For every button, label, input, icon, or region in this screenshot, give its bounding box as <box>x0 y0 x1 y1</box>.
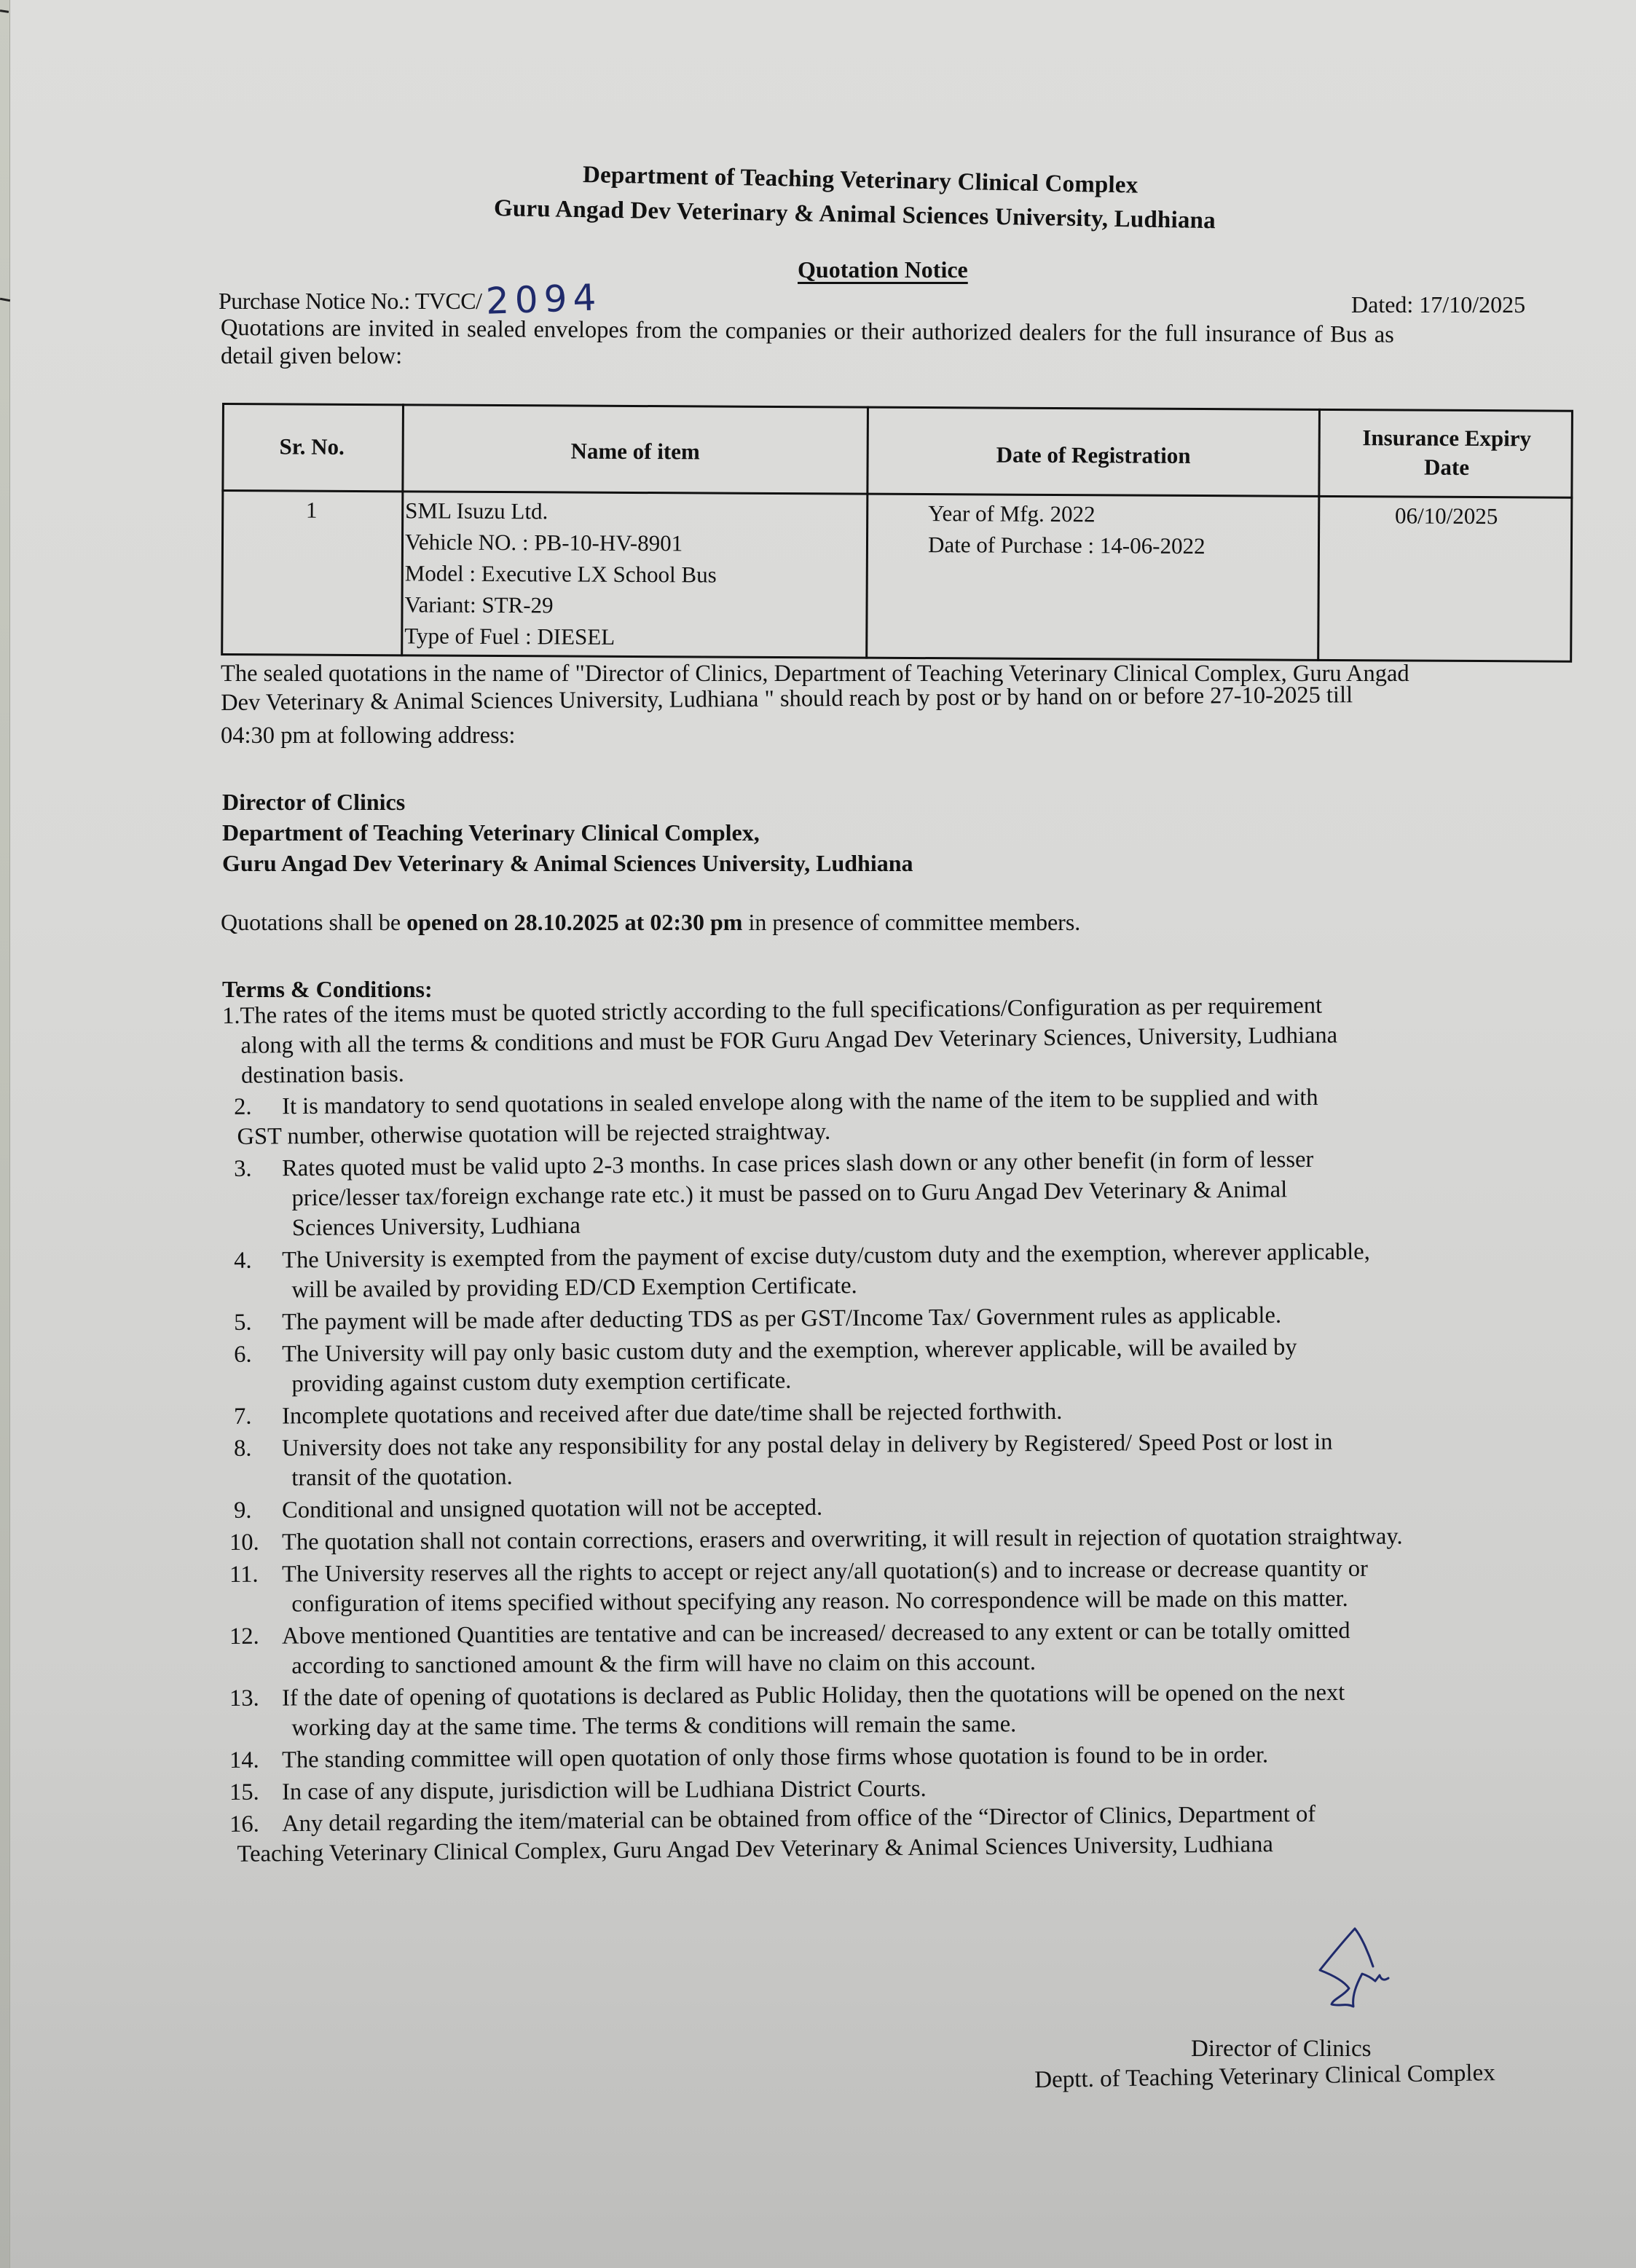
purchase-notice-label: Purchase Notice No.: TVCC/ <box>219 288 481 314</box>
term-text: In case of any dispute, jurisdiction wil… <box>282 1776 927 1806</box>
item-vehicle-no: Vehicle NO. : PB-10-HV-8901 <box>405 526 717 559</box>
opening-statement: Quotations shall be opened on 28.10.2025… <box>221 909 1080 936</box>
term-number: 16. <box>222 1809 282 1840</box>
notice-date: Dated: 17/10/2025 <box>1351 291 1525 318</box>
term-text: The payment will be made after deducting… <box>282 1302 1281 1336</box>
vehicle-table: Sr. No. Name of item Date of Registratio… <box>221 403 1573 663</box>
term-item: 13.If the date of opening of quotations … <box>222 1678 1345 1744</box>
term-line: 9.Conditional and unsigned quotation wil… <box>222 1493 822 1526</box>
terms-title: Terms & Conditions: <box>222 976 433 1003</box>
term-item: 2.It is mandatory to send quotations in … <box>222 1083 1318 1152</box>
term-item: 1.The rates of the items must be quoted … <box>222 991 1338 1091</box>
term-text: Sciences University, Ludhiana <box>292 1213 581 1241</box>
term-number: 4. <box>222 1245 282 1276</box>
term-item: 6.The University will pay only basic cus… <box>222 1333 1297 1400</box>
signature-icon <box>1304 1923 1420 2017</box>
term-item: 11.The University reserves all the right… <box>222 1554 1368 1620</box>
intro-text-line2: detail given below: <box>221 342 402 371</box>
term-number: 9. <box>222 1496 282 1526</box>
term-number: 14. <box>222 1746 282 1776</box>
term-text: providing against custom duty exemption … <box>291 1368 791 1398</box>
term-line: 10.The quotation shall not contain corre… <box>222 1522 1403 1558</box>
signatory-department: Deptt. of Teaching Veterinary Clinical C… <box>1034 2060 1495 2094</box>
table-header-sr-no: Sr. No. <box>222 430 402 462</box>
term-item: 7.Incomplete quotations and received aft… <box>222 1397 1062 1432</box>
term-text: Conditional and unsigned quotation will … <box>282 1495 822 1524</box>
signatory-title: Director of Clinics <box>1191 2036 1371 2063</box>
term-item: 10.The quotation shall not contain corre… <box>222 1522 1403 1558</box>
term-item: 14.The standing committee will open quot… <box>222 1740 1268 1776</box>
term-line: 12.Above mentioned Quantities are tentat… <box>222 1616 1350 1652</box>
term-line: configuration of items specified without… <box>222 1584 1368 1620</box>
term-number: 6. <box>222 1339 282 1370</box>
date-of-purchase: Date of Purchase : 14-06-2022 <box>928 529 1206 562</box>
document-page: Department of Teaching Veterinary Clinic… <box>0 0 1636 2268</box>
term-number: 5. <box>222 1307 282 1338</box>
term-item: 12.Above mentioned Quantities are tentat… <box>222 1616 1350 1682</box>
year-of-mfg: Year of Mfg. 2022 <box>928 497 1206 530</box>
row-insurance-expiry: 06/10/2025 <box>1320 500 1573 532</box>
item-manufacturer: SML Isuzu Ltd. <box>405 495 717 527</box>
item-variant: Variant: STR-29 <box>404 588 716 621</box>
table-header-insurance-expiry: Insurance Expiry Date <box>1320 423 1573 483</box>
item-fuel-type: Type of Fuel : DIESEL <box>404 620 716 653</box>
term-number: 12. <box>222 1622 282 1652</box>
term-number: 7. <box>222 1401 282 1432</box>
row-item-details: SML Isuzu Ltd. Vehicle NO. : PB-10-HV-89… <box>404 495 717 653</box>
term-number: 8. <box>222 1433 282 1464</box>
term-text: according to sanctioned amount & the fir… <box>291 1649 1036 1679</box>
term-text: working day at the same time. The terms … <box>291 1711 1016 1741</box>
opening-prefix: Quotations shall be <box>221 909 406 935</box>
term-item: 9.Conditional and unsigned quotation wil… <box>222 1493 822 1526</box>
term-text: configuration of items specified without… <box>291 1586 1348 1618</box>
term-line: 15.In case of any dispute, jurisdiction … <box>222 1774 927 1808</box>
opening-date-time: opened on 28.10.2025 at 02:30 pm <box>406 909 742 935</box>
term-text: Above mentioned Quantities are tentative… <box>282 1618 1350 1650</box>
term-text: The quotation shall not contain correcti… <box>282 1524 1403 1556</box>
header-university: Guru Angad Dev Veterinary & Animal Scien… <box>494 195 1216 235</box>
term-text: The University is exempted from the paym… <box>282 1239 1370 1274</box>
header-department: Department of Teaching Veterinary Clinic… <box>583 162 1138 200</box>
term-number: 2. <box>222 1092 282 1122</box>
term-number: 3. <box>222 1154 282 1184</box>
address-line3: Guru Angad Dev Veterinary & Animal Scien… <box>222 850 913 877</box>
term-text: will be availed by providing ED/CD Exemp… <box>291 1272 857 1303</box>
notice-title: Quotation Notice <box>798 256 968 283</box>
term-line: transit of the quotation. <box>222 1457 1333 1494</box>
opening-suffix: in presence of committee members. <box>742 909 1080 935</box>
term-text: If the date of opening of quotations is … <box>282 1680 1345 1712</box>
address-line1: Director of Clinics <box>222 789 405 816</box>
row-registration-details: Year of Mfg. 2022 Date of Purchase : 14-… <box>928 497 1206 562</box>
table-header-name-of-item: Name of item <box>404 434 867 468</box>
purchase-notice-number: Purchase Notice No.: TVCC/2094 <box>219 275 602 318</box>
term-item: 5.The payment will be made after deducti… <box>222 1301 1281 1338</box>
term-item: 15.In case of any dispute, jurisdiction … <box>222 1774 927 1808</box>
item-model: Model : Executive LX School Bus <box>405 557 717 590</box>
term-line: working day at the same time. The terms … <box>222 1708 1345 1744</box>
term-number: 1. <box>222 1001 240 1031</box>
term-text: University does not take any responsibil… <box>282 1429 1333 1462</box>
term-text: The standing committee will open quotati… <box>282 1741 1268 1773</box>
term-text: transit of the quotation. <box>291 1464 512 1492</box>
term-text: GST number, otherwise quotation will be … <box>237 1119 830 1150</box>
term-line: 7.Incomplete quotations and received aft… <box>222 1397 1062 1432</box>
term-item: 16.Any detail regarding the item/materia… <box>222 1800 1316 1870</box>
deadline-text-line3: 04:30 pm at following address: <box>221 721 515 751</box>
term-number: 15. <box>222 1778 282 1808</box>
term-item: 8.University does not take any responsib… <box>222 1428 1333 1494</box>
term-item: 4.The University is exempted from the pa… <box>222 1237 1370 1306</box>
term-number: 10. <box>222 1528 282 1558</box>
term-line: 13.If the date of opening of quotations … <box>222 1678 1345 1714</box>
term-number: 13. <box>222 1684 282 1714</box>
term-text: The University reserves all the rights t… <box>282 1556 1368 1588</box>
address-line2: Department of Teaching Veterinary Clinic… <box>222 819 760 846</box>
term-item: 3.Rates quoted must be valid upto 2-3 mo… <box>222 1145 1314 1244</box>
row-sr-no: 1 <box>221 494 401 526</box>
term-text: The University will pay only basic custo… <box>282 1334 1297 1368</box>
term-line: according to sanctioned amount & the fir… <box>222 1646 1350 1682</box>
table-header-date-of-registration: Date of Registration <box>869 438 1318 472</box>
term-text: destination basis. <box>241 1061 404 1089</box>
term-line: 14.The standing committee will open quot… <box>222 1740 1268 1776</box>
term-number: 11. <box>222 1560 282 1590</box>
term-text: price/lesser tax/foreign exchange rate e… <box>291 1176 1287 1211</box>
term-text: Incomplete quotations and received after… <box>282 1398 1062 1430</box>
term-line: 5.The payment will be made after deducti… <box>222 1301 1281 1338</box>
